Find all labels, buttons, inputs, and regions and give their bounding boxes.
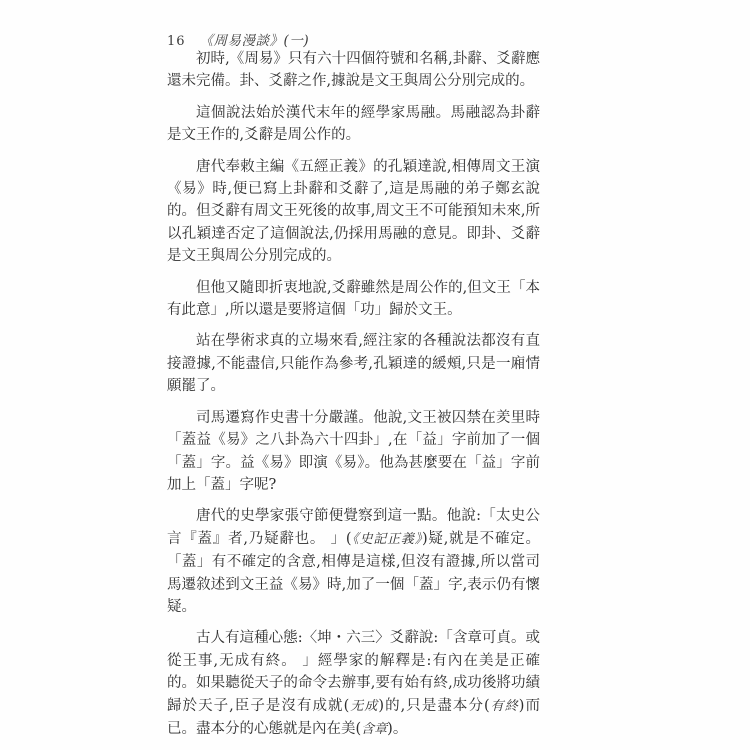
book-page: 16《周易漫談》(一) 初時,《周易》只有六十四個符號和名稱,卦辭、爻辭應還未完… <box>0 0 750 750</box>
kai-text-segment: 《史記正義》 <box>352 532 422 547</box>
content: 初時,《周易》只有六十四個符號和名稱,卦辭、爻辭應還未完備。卦、爻辭之作,據說是… <box>167 48 540 750</box>
paragraph: 司馬遷寫作史書十分嚴謹。他說,文王被囚禁在羑里時「蓋益《易》之八卦為六十四卦」,… <box>167 407 540 497</box>
paragraph: 唐代奉敕主編《五經正義》的孔穎達說,相傳周文王演《易》時,便已寫上卦辭和爻辭了,… <box>167 156 540 268</box>
paragraph: 站在學術求真的立場來看,經注家的各種說法都沒有直接證據,不能盡信,只能作為參考,… <box>167 330 540 397</box>
book-title: 《周易漫談》(一) <box>200 29 310 49</box>
text-segment: )的,只是盡本分( <box>378 698 489 714</box>
text-segment: 這個說法始於漢代末年的經學家馬融。馬融認為卦辭是文王作的,爻辭是周公作的。 <box>167 105 540 143</box>
page-number: 16 <box>167 34 186 49</box>
paragraph: 古人有這種心態:〈坤・六三〉爻辭說:「含章可貞。或從王事,无成有終。 」經學家的… <box>167 627 540 741</box>
text-segment: 初時,《周易》只有六十四個符號和名稱,卦辭、爻辭應還未完備。卦、爻辭之作,據說是… <box>167 51 540 89</box>
kai-text-segment: 无成 <box>349 699 378 714</box>
text-segment: 唐代奉敕主編《五經正義》的孔穎達說,相傳周文王演《易》時,便已寫上卦辭和爻辭了,… <box>167 159 540 265</box>
kai-text-segment: 有終 <box>490 699 519 714</box>
kai-text-segment: 含章 <box>361 722 387 737</box>
paragraph: 這個說法始於漢代末年的經學家馬融。馬融認為卦辭是文王作的,爻辭是周公作的。 <box>167 102 540 147</box>
paragraph: 唐代的史學家張守節便覺察到這一點。他說:「太史公言『蓋』者,乃疑辭也。 」(《史… <box>167 505 540 618</box>
paragraph: 初時,《周易》只有六十四個符號和名稱,卦辭、爻辭應還未完備。卦、爻辭之作,據說是… <box>167 48 540 93</box>
paragraph: 但他又隨即折衷地說,爻辭雖然是周公作的,但文王「本有此意」,所以還是要將這個「功… <box>167 277 540 322</box>
text-segment: 但他又隨即折衷地說,爻辭雖然是周公作的,但文王「本有此意」,所以還是要將這個「功… <box>167 280 540 318</box>
text-segment: )。 <box>387 721 407 737</box>
text-segment: 司馬遷寫作史書十分嚴謹。他說,文王被囚禁在羑里時「蓋益《易》之八卦為六十四卦」,… <box>167 410 540 493</box>
page-header: 16《周易漫談》(一) <box>167 29 309 49</box>
text-segment: 站在學術求真的立場來看,經注家的各種說法都沒有直接證據,不能盡信,只能作為參考,… <box>167 333 540 394</box>
